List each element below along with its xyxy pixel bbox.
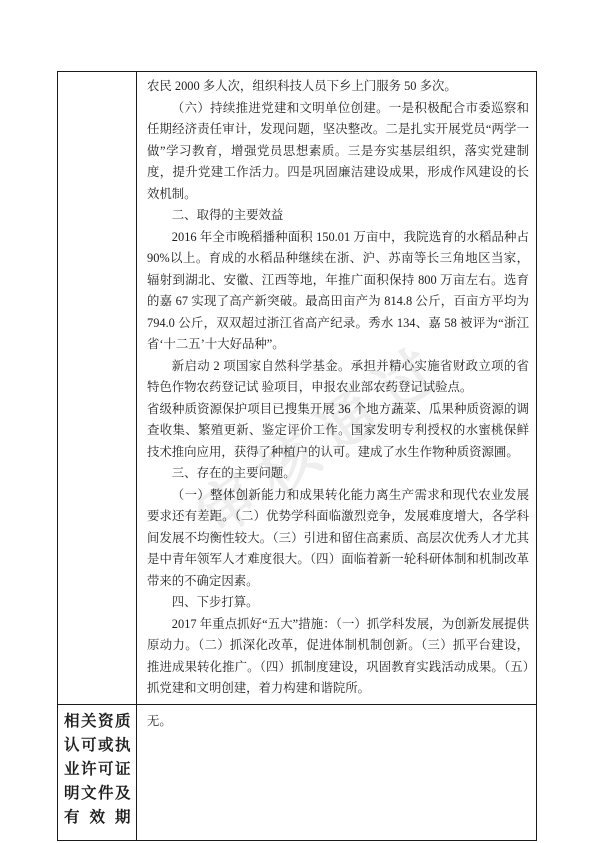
report-paragraph: 四、下步打算。 bbox=[147, 592, 529, 614]
report-paragraph: 2016 年全市晚稻播种面积 150.01 万亩中，我院选育的水稻品种占 90%… bbox=[147, 227, 529, 356]
report-paragraph: （一）整体创新能力和成果转化能力离生产需求和现代农业发展要求还有差距。（二）优势… bbox=[147, 485, 529, 593]
report-paragraph: （六）持续推进党建和文明单位创建。一是积极配合市委巡察和任期经济责任审计，发现问… bbox=[147, 98, 529, 206]
qualification-row: 相关资质认可或执业许可证明文件及有效期 无。 bbox=[58, 704, 537, 840]
report-paragraph: 二、取得的主要效益 bbox=[147, 205, 529, 227]
report-content-cell: 农民 2000 多人次，组织科技人员下乡上门服务 50 多次。（六）持续推进党建… bbox=[137, 72, 537, 705]
report-paragraph: 三、存在的主要问题。 bbox=[147, 463, 529, 485]
qualification-value-cell: 无。 bbox=[137, 704, 537, 840]
form-table: 农民 2000 多人次，组织科技人员下乡上门服务 50 多次。（六）持续推进党建… bbox=[57, 71, 537, 841]
report-paragraph: 省级种质资源保护项目已搜集开展 36 个地方蔬菜、瓜果种质资源的调查收集、繁殖更… bbox=[147, 399, 529, 464]
document-page: 审核通过 农民 2000 多人次，组织科技人员下乡上门服务 50 多次。（六）持… bbox=[0, 0, 595, 843]
qualification-label-cell: 相关资质认可或执业许可证明文件及有效期 bbox=[58, 704, 137, 840]
report-paragraph: 新启动 2 项国家自然科学基金。承担并精心实施省财政立项的省特色作物农药登记试 … bbox=[147, 356, 529, 399]
report-paragraph: 农民 2000 多人次，组织科技人员下乡上门服务 50 多次。 bbox=[147, 76, 529, 98]
report-paragraph: 2017 年重点抓好“五大”措施：（一）抓学科发展，为创新发展提供原动力。（二）… bbox=[147, 614, 529, 700]
empty-label-cell bbox=[58, 72, 137, 705]
report-row: 农民 2000 多人次，组织科技人员下乡上门服务 50 多次。（六）持续推进党建… bbox=[58, 72, 537, 705]
